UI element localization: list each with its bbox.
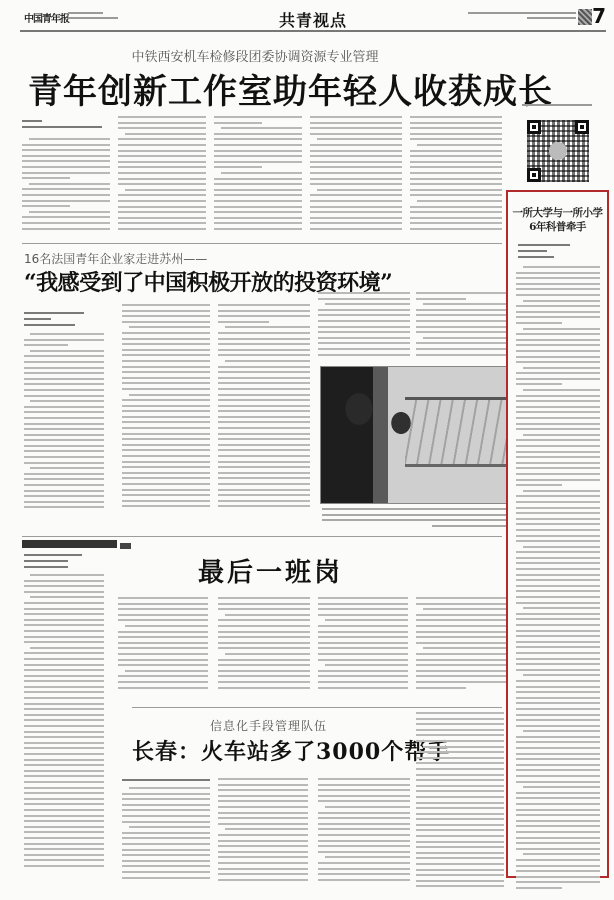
column-tag (22, 540, 117, 548)
third-column-1 (24, 574, 104, 870)
lead-kicker: 中铁西安机车检修段团委协调资源专业管理 (0, 46, 510, 65)
sidebar-byline (518, 244, 570, 258)
qr-code[interactable] (527, 120, 589, 182)
lead-column-2 (118, 116, 206, 233)
lead-column-3 (214, 116, 302, 233)
fourth-headline[interactable]: 长春：火车站多了3000个帮手 (132, 735, 450, 766)
photo-caption (322, 508, 506, 530)
lead-column-4 (310, 116, 402, 233)
fourth-column-1 (122, 787, 210, 882)
sidebar-body-text (516, 266, 600, 889)
sidebar-headline-line1: 一所大学与一所小学 (508, 206, 607, 220)
fourth-kicker: 信息化手段管理队伍 (210, 717, 327, 734)
masthead: 中国青年报 共青视点 7 (20, 6, 606, 28)
section-divider (22, 536, 502, 537)
third-column-3 (218, 597, 310, 692)
second-byline (24, 312, 84, 330)
second-column-5 (416, 292, 506, 359)
section-divider (22, 243, 502, 244)
second-column-2 (122, 304, 210, 511)
masthead-qr-icon (578, 9, 592, 25)
qr-finder-icon (575, 120, 589, 134)
sidebar-headline-line2: 6年科普牵手 (508, 220, 607, 234)
section-divider (132, 707, 502, 708)
qr-logo-icon (549, 142, 567, 160)
news-photo (320, 366, 508, 504)
second-column-4 (318, 292, 410, 359)
third-column-2 (118, 597, 208, 692)
second-column-3 (218, 304, 310, 511)
lead-column-5 (410, 116, 502, 233)
third-column-5 (416, 597, 506, 692)
fourth-byline (122, 779, 210, 785)
third-column-4 (318, 597, 408, 692)
photo-display-case (405, 397, 507, 467)
fourth-column-2 (218, 778, 308, 884)
lead-byline (22, 120, 102, 132)
second-kicker: 16名法国青年企业家走进苏州—— (24, 250, 207, 267)
qr-finder-icon (527, 120, 541, 134)
highlighted-article-frame[interactable]: 一所大学与一所小学 6年科普牵手 (506, 190, 609, 878)
masthead-rule (20, 30, 606, 32)
lead-headline[interactable]: 青年创新工作室助年轻人收获成长 (28, 64, 553, 113)
page-number: 7 (592, 4, 606, 28)
second-column-1 (24, 333, 104, 512)
qr-finder-icon (527, 168, 541, 182)
fourth-column-3 (318, 778, 410, 884)
third-headline[interactable]: 最后一班岗 (198, 552, 343, 589)
fourth-column-4 (416, 712, 504, 891)
qr-caption (522, 104, 592, 106)
masthead-contact-info (468, 12, 576, 22)
third-byline (24, 554, 82, 572)
section-label (120, 543, 131, 549)
lead-column-1 (22, 138, 110, 233)
